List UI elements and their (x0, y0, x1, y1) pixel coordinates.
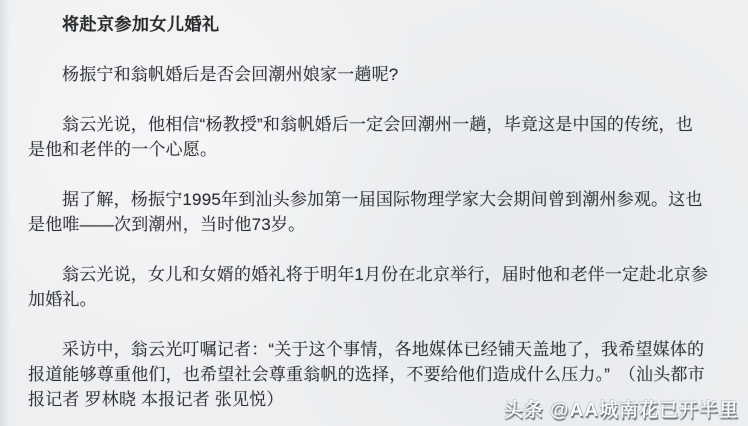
paragraph: 翁云光说，女儿和女婿的婚礼将于明年1月份在北京举行，届时他和老伴一定赴北京参加婚… (28, 262, 730, 312)
paragraph-line: 据了解，杨振宁1995年到汕头参加第一届国际物理学家大会期间曾到潮州参观。这也 (28, 187, 730, 212)
toutiao-watermark: 头条 @AA城南花已开半里 (504, 395, 739, 422)
paragraph-line: 翁云光说，他相信“杨教授”和翁帆婚后一定会回潮州一趟，毕竟这是中国的传统，也 (28, 112, 730, 137)
paragraph-line: 是他和老伴的一个心愿。 (28, 137, 730, 162)
paragraph-line: 翁云光说，女儿和女婿的婚礼将于明年1月份在北京举行，届时他和老伴一定赴北京参 (28, 262, 730, 287)
paragraph-line: 报道能够尊重他们，也希望社会尊重翁帆的选择，不要给他们造成什么压力。” （汕头都… (28, 362, 730, 387)
paragraph-line: 采访中，翁云光叮嘱记者：“关于这个事情，各地媒体已经铺天盖地了，我希望媒体的 (28, 337, 730, 362)
page: { "colors": { "page_background": "#edeff… (0, 0, 748, 426)
paragraph: 据了解，杨振宁1995年到汕头参加第一届国际物理学家大会期间曾到潮州参观。这也是… (28, 187, 730, 237)
watermark-text: 头条 @AA城南花已开半里 (504, 400, 739, 421)
paragraph-line: 是他唯——次到潮州，当时他73岁。 (28, 212, 730, 237)
paragraph-line: 加婚礼。 (28, 287, 730, 312)
paragraph: 杨振宁和翁帆婚后是否会回潮州娘家一趟呢? (28, 62, 730, 87)
paragraph: 翁云光说，他相信“杨教授”和翁帆婚后一定会回潮州一趟，毕竟这是中国的传统，也是他… (28, 112, 730, 162)
article-page: 将赴京参加女儿婚礼 杨振宁和翁帆婚后是否会回潮州娘家一趟呢?翁云光说，他相信“杨… (0, 0, 748, 426)
article-title: 将赴京参加女儿婚礼 (28, 12, 730, 37)
article-body: 杨振宁和翁帆婚后是否会回潮州娘家一趟呢?翁云光说，他相信“杨教授”和翁帆婚后一定… (28, 62, 730, 412)
paragraph-line: 杨振宁和翁帆婚后是否会回潮州娘家一趟呢? (28, 62, 730, 87)
